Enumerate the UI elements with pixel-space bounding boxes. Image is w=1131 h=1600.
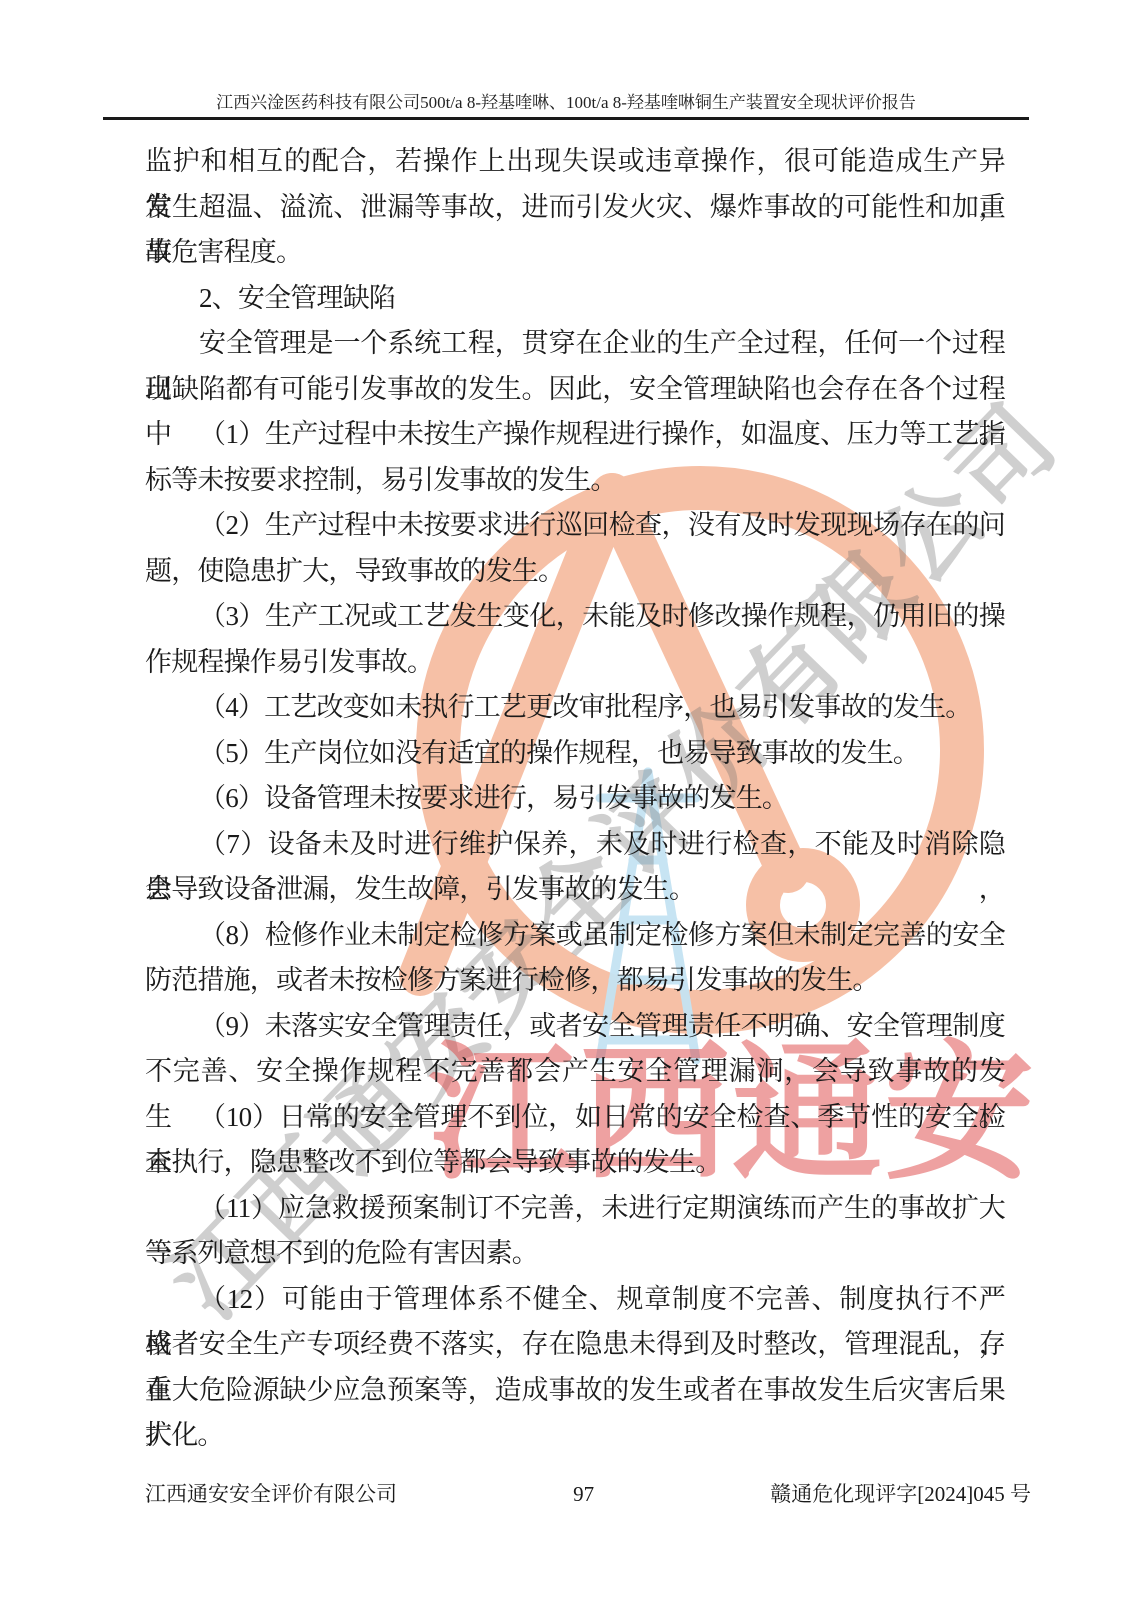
body-line: 现缺陷都有可能引发事故的发生。因此，安全管理缺陷也会存在各个过程中。 xyxy=(145,367,1005,413)
body-line: （6）设备管理未按要求进行，易引发事故的发生。 xyxy=(145,776,1005,822)
body-line: （1）生产过程中未按生产操作规程进行操作，如温度、压力等工艺指 xyxy=(145,412,1005,458)
body-line: （7）设备未及时进行维护保养，未及时进行检查，不能及时消除隐患， xyxy=(145,822,1005,868)
body-line: 不完善、安全操作规程不完善都会产生安全管理漏洞，会导致事故的发生。 xyxy=(145,1049,1005,1095)
body-line: （9）未落实安全管理责任，或者安全管理责任不明确、安全管理制度 xyxy=(145,1004,1005,1050)
body-line: 一系列意想不到的危险有害因素。 xyxy=(145,1231,1005,1277)
body-line: （10）日常的安全管理不到位，如日常的安全检查、季节性的安全检查 xyxy=(145,1095,1005,1141)
body-line: 未执行，隐患整改不到位等都会导致事故的发生。 xyxy=(145,1140,1005,1186)
body-line: 发生超温、溢流、泄漏等事故，进而引发火灾、爆炸事故的可能性和加重事 xyxy=(145,185,1005,231)
body-line: 题，使隐患扩大，导致事故的发生。 xyxy=(145,549,1005,595)
body-line: （8）检修作业未制定检修方案或虽制定检修方案但未制定完善的安全 xyxy=(145,913,1005,959)
body-line: 监护和相互的配合，若操作上出现失误或违章操作，很可能造成生产异常， xyxy=(145,139,1005,185)
body-line: （12）可能由于管理体系不健全、规章制度不完善、制度执行不严格， xyxy=(145,1277,1005,1323)
body-line: 防范措施，或者未按检修方案进行检修，都易引发事故的发生。 xyxy=(145,958,1005,1004)
footer-company: 江西通安安全评价有限公司 xyxy=(145,1478,397,1508)
body-line: 重大危险源缺少应急预案等，造成事故的发生或者在事故发生后灾害后果扩 xyxy=(145,1368,1005,1414)
page-footer: 江西通安安全评价有限公司 97 赣通危化现评字[2024]045 号 xyxy=(145,1478,1031,1508)
footer-page-number: 97 xyxy=(573,1482,594,1507)
body-line: 故危害程度。 xyxy=(145,230,1005,276)
body-line: 大化。 xyxy=(145,1413,1005,1459)
body-line: （5）生产岗位如没有适宜的操作规程，也易导致事故的发生。 xyxy=(145,731,1005,777)
document-page: 江西通安安全评价有限公司 江西通安 江西兴淦医药科技有限公司500t/a 8-羟… xyxy=(0,0,1131,1600)
body-line: 作规程操作易引发事故。 xyxy=(145,640,1005,686)
body-line: 2、安全管理缺陷 xyxy=(145,276,1005,322)
header-rule xyxy=(103,117,1029,120)
body-text: 监护和相互的配合，若操作上出现失误或违章操作，很可能造成生产异常，发生超温、溢流… xyxy=(145,139,1005,1459)
body-line: （11）应急救援预案制订不完善，未进行定期演练而产生的事故扩大等 xyxy=(145,1186,1005,1232)
body-line: 或者安全生产专项经费不落实，存在隐患未得到及时整改，管理混乱，存在 xyxy=(145,1322,1005,1368)
body-line: （4）工艺改变如未执行工艺更改审批程序，也易引发事故的发生。 xyxy=(145,685,1005,731)
body-line: 标等未按要求控制，易引发事故的发生。 xyxy=(145,458,1005,504)
footer-doc-number: 赣通危化现评字[2024]045 号 xyxy=(770,1478,1031,1508)
body-line: （2）生产过程中未按要求进行巡回检查，没有及时发现现场存在的问 xyxy=(145,503,1005,549)
body-line: 安全管理是一个系统工程，贯穿在企业的生产全过程，任何一个过程出 xyxy=(145,321,1005,367)
page-header-title: 江西兴淦医药科技有限公司500t/a 8-羟基喹啉、100t/a 8-羟基喹啉铜… xyxy=(105,88,1027,113)
body-line: （3）生产工况或工艺发生变化，未能及时修改操作规程，仍用旧的操 xyxy=(145,594,1005,640)
